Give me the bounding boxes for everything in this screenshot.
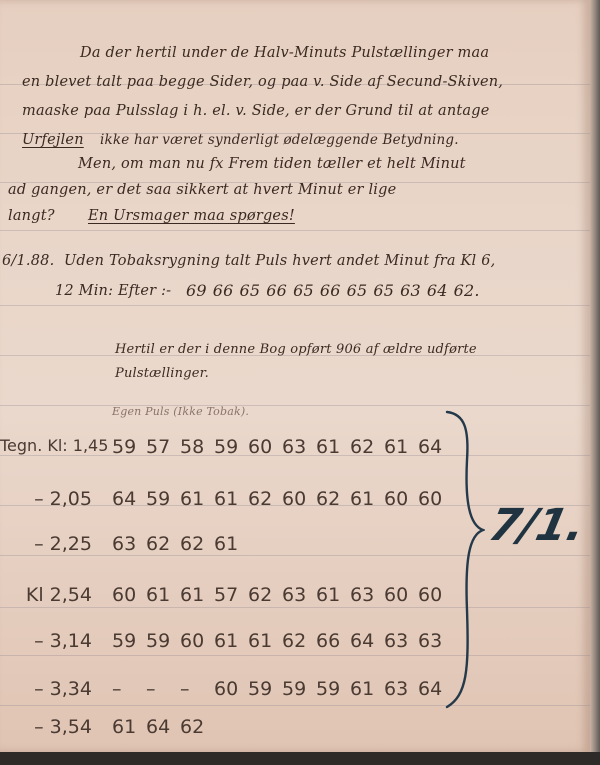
cell: 61	[214, 630, 248, 652]
cell: 61	[180, 488, 214, 510]
paragraph2-line3: langt?	[8, 208, 55, 224]
cell: 61	[316, 584, 350, 606]
cell: 60	[384, 584, 418, 606]
cell: 62	[248, 584, 282, 606]
cell: 57	[214, 584, 248, 606]
cell: 61	[384, 436, 418, 458]
ruled-line	[0, 405, 590, 406]
cell: 62	[180, 533, 214, 555]
cell: 62	[350, 436, 384, 458]
row-values: 616462	[112, 716, 214, 738]
entry-value: 66	[213, 281, 234, 300]
cell: 64	[350, 630, 384, 652]
cell: 57	[146, 436, 180, 458]
cell: 61	[214, 533, 248, 555]
cell: 61	[316, 436, 350, 458]
cell: 58	[180, 436, 214, 458]
cell: 64	[112, 488, 146, 510]
cell: 63	[384, 630, 418, 652]
cell: 60	[180, 630, 214, 652]
ruled-line	[0, 607, 590, 608]
paragraph2-line1: Men, om man nu fx Frem tiden tæller et h…	[78, 156, 466, 172]
cell: 63	[282, 436, 316, 458]
entry-value: 66	[320, 281, 341, 300]
cell: 62	[248, 488, 282, 510]
cell: 60	[112, 584, 146, 606]
desk-surface	[0, 752, 600, 765]
row-label: Tegn. Kl: 1,45	[0, 436, 92, 455]
cell: 61	[180, 584, 214, 606]
entry-value: 65	[240, 281, 261, 300]
cell: 61	[214, 488, 248, 510]
cell: 60	[214, 678, 248, 700]
cell: 64	[146, 716, 180, 738]
cell: 59	[282, 678, 316, 700]
cell: 59	[248, 678, 282, 700]
cell: 63	[350, 584, 384, 606]
entry-value: 65	[373, 281, 394, 300]
cell: 61	[350, 488, 384, 510]
entry-line2-prefix: 12 Min: Efter :-	[55, 283, 171, 299]
cell: 63	[112, 533, 146, 555]
paragraph1-line4-rest: ikke har været synderligt ødelæggende Be…	[100, 132, 459, 148]
row-values: 59596061616266646363	[112, 630, 452, 652]
note-line2: Pulstællinger.	[115, 366, 209, 381]
row-values: 60616157626361636060	[112, 584, 452, 606]
entry-value: 65	[347, 281, 368, 300]
cell: 62	[180, 716, 214, 738]
cell: 59	[112, 436, 146, 458]
entry-line1: Uden Tobaksrygning talt Puls hvert andet…	[64, 253, 495, 269]
table-caption: Egen Puls (Ikke Tobak).	[112, 405, 249, 418]
page-edge	[590, 0, 600, 765]
ruled-line	[0, 705, 590, 706]
cell: 66	[316, 630, 350, 652]
cell: 60	[248, 436, 282, 458]
cell: 61	[350, 678, 384, 700]
cell: –	[146, 678, 180, 700]
cell: 60	[384, 488, 418, 510]
row-values: –––60595959616364	[112, 678, 452, 700]
underlined-phrase: En Ursmager maa spørges!	[88, 208, 295, 224]
cell: 59	[146, 488, 180, 510]
row-label: – 2,25	[0, 533, 92, 555]
cell: 62	[146, 533, 180, 555]
paragraph1-line2: en blevet talt paa begge Sider, og paa v…	[22, 74, 503, 90]
cell: 61	[146, 584, 180, 606]
curly-brace-icon	[445, 410, 485, 710]
ruled-line	[0, 655, 590, 656]
ruled-line	[0, 305, 590, 306]
entry-value: 66	[266, 281, 287, 300]
cell: 61	[248, 630, 282, 652]
notebook-page: Da der hertil under de Halv-Minuts Pulst…	[0, 0, 590, 752]
underlined-word: Urfejlen	[22, 132, 84, 148]
cell: 61	[112, 716, 146, 738]
cell: 59	[316, 678, 350, 700]
row-label: Kl 2,54	[0, 584, 92, 606]
row-label: – 3,34	[0, 678, 92, 700]
paragraph1-line1: Da der hertil under de Halv-Minuts Pulst…	[80, 45, 489, 61]
row-label: – 2,05	[0, 488, 92, 510]
cell: 63	[282, 584, 316, 606]
entry-value: 69	[186, 281, 207, 300]
paragraph2-line2: ad gangen, er det saa sikkert at hvert M…	[8, 182, 396, 198]
cell: 62	[282, 630, 316, 652]
note-line1: Hertil er der i denne Bog opført 906 af …	[115, 342, 477, 357]
row-values: 59575859606361626164	[112, 436, 452, 458]
entry-date: 6/1.88.	[2, 253, 54, 269]
cell: –	[180, 678, 214, 700]
ruled-line	[0, 230, 590, 231]
cell: –	[112, 678, 146, 700]
row-values: 64596161626062616060	[112, 488, 452, 510]
cell: 60	[282, 488, 316, 510]
cell: 59	[214, 436, 248, 458]
paragraph1-line4: Urfejlen	[22, 132, 84, 148]
cell: 59	[146, 630, 180, 652]
entry-value: 64	[427, 281, 448, 300]
cell: 59	[112, 630, 146, 652]
entry-value: 62.	[454, 281, 480, 300]
row-values: 63626261	[112, 533, 248, 555]
row-label: – 3,54	[0, 716, 92, 738]
entry-value: 65	[293, 281, 314, 300]
cell: 62	[316, 488, 350, 510]
cell: 63	[384, 678, 418, 700]
ruled-line	[0, 555, 590, 556]
entry-value: 63	[400, 281, 421, 300]
paragraph1-line3: maaske paa Pulsslag i h. el. v. Side, er…	[22, 103, 490, 119]
entry-values: 69 66 65 66 65 66 65 65 63 64 62.	[186, 281, 480, 300]
row-label: – 3,14	[0, 630, 92, 652]
bracket-annotation: 7/1.	[485, 500, 590, 551]
